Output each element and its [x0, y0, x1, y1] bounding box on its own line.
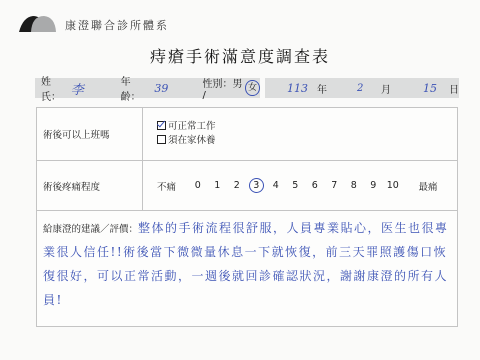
- pain-option-0[interactable]: 0: [188, 180, 208, 191]
- pain-option-4[interactable]: 4: [266, 180, 286, 191]
- page-title: 痔瘡手術滿意度調查表: [0, 44, 480, 67]
- row-pain-level: 術後疼痛程度 不痛 0 1 2 3 4 5 6 7 8 9 10 最痛: [37, 161, 457, 211]
- pain-max-label: 最痛: [419, 179, 438, 193]
- org-name: 康澄聯合診所體系: [65, 17, 169, 33]
- pain-level-label: 術後疼痛程度: [37, 161, 143, 210]
- patient-info-left: 姓氏： 李 年齡： 39 性別：男 / 女: [35, 78, 260, 98]
- pain-option-9[interactable]: 9: [364, 180, 384, 191]
- return-to-work-label: 術後可以上班嗎: [37, 108, 143, 160]
- comments-label: 給康澄的建議／評價：: [43, 224, 138, 235]
- survey-table: 術後可以上班嗎 可正常工作 須在家休養 術後疼痛程度 不痛 0 1: [36, 107, 458, 327]
- patient-info-bar: 姓氏： 李 年齡： 39 性別：男 / 女 113 年 2 月 15 日: [35, 78, 459, 98]
- pain-min-label: 不痛: [157, 179, 176, 193]
- age-label: 年齡：: [121, 73, 147, 103]
- work-options: 可正常工作 須在家休養: [157, 120, 216, 148]
- gender-label: 性別：男 /: [202, 75, 242, 101]
- pain-option-7[interactable]: 7: [325, 180, 345, 191]
- day-label: 日: [449, 81, 459, 96]
- option-rest-at-home[interactable]: 須在家休養: [157, 134, 216, 148]
- year-field[interactable]: 113: [287, 82, 317, 95]
- comments-area[interactable]: 給康澄的建議／評價：整体的手術流程很舒服，人員專業貼心，医生也很專業很人信任!!…: [43, 217, 449, 313]
- age-field[interactable]: 39: [146, 82, 202, 95]
- pain-option-5[interactable]: 5: [286, 180, 306, 191]
- survey-form-page: 康澄聯合診所體系 痔瘡手術滿意度調查表 姓氏： 李 年齡： 39 性別：男 / …: [0, 0, 480, 360]
- checkbox-checked-icon[interactable]: [157, 121, 166, 130]
- date-fields: 113 年 2 月 15 日: [265, 78, 459, 98]
- name-field[interactable]: 李: [67, 79, 121, 98]
- pain-option-6[interactable]: 6: [305, 180, 325, 191]
- option-can-work[interactable]: 可正常工作: [157, 120, 216, 134]
- month-field[interactable]: 2: [357, 83, 381, 94]
- day-field[interactable]: 15: [423, 82, 449, 95]
- name-label: 姓氏：: [41, 73, 67, 103]
- gender-female-option[interactable]: 女: [245, 80, 259, 96]
- pain-option-3-selected[interactable]: 3: [247, 178, 267, 193]
- row-comments: 給康澄的建議／評價：整体的手術流程很舒服，人員專業貼心，医生也很專業很人信任!!…: [37, 211, 457, 326]
- clinic-logo-icon: [17, 15, 57, 33]
- pain-option-1[interactable]: 1: [208, 180, 228, 191]
- month-label: 月: [381, 81, 423, 96]
- pain-option-8[interactable]: 8: [344, 180, 364, 191]
- pain-option-2[interactable]: 2: [227, 180, 247, 191]
- pain-scale: 不痛 0 1 2 3 4 5 6 7 8 9 10 最痛: [157, 161, 438, 210]
- checkbox-empty-icon[interactable]: [157, 135, 166, 144]
- row-return-to-work: 術後可以上班嗎 可正常工作 須在家休養: [37, 108, 457, 161]
- year-label: 年: [317, 81, 357, 96]
- pain-option-10[interactable]: 10: [383, 180, 403, 191]
